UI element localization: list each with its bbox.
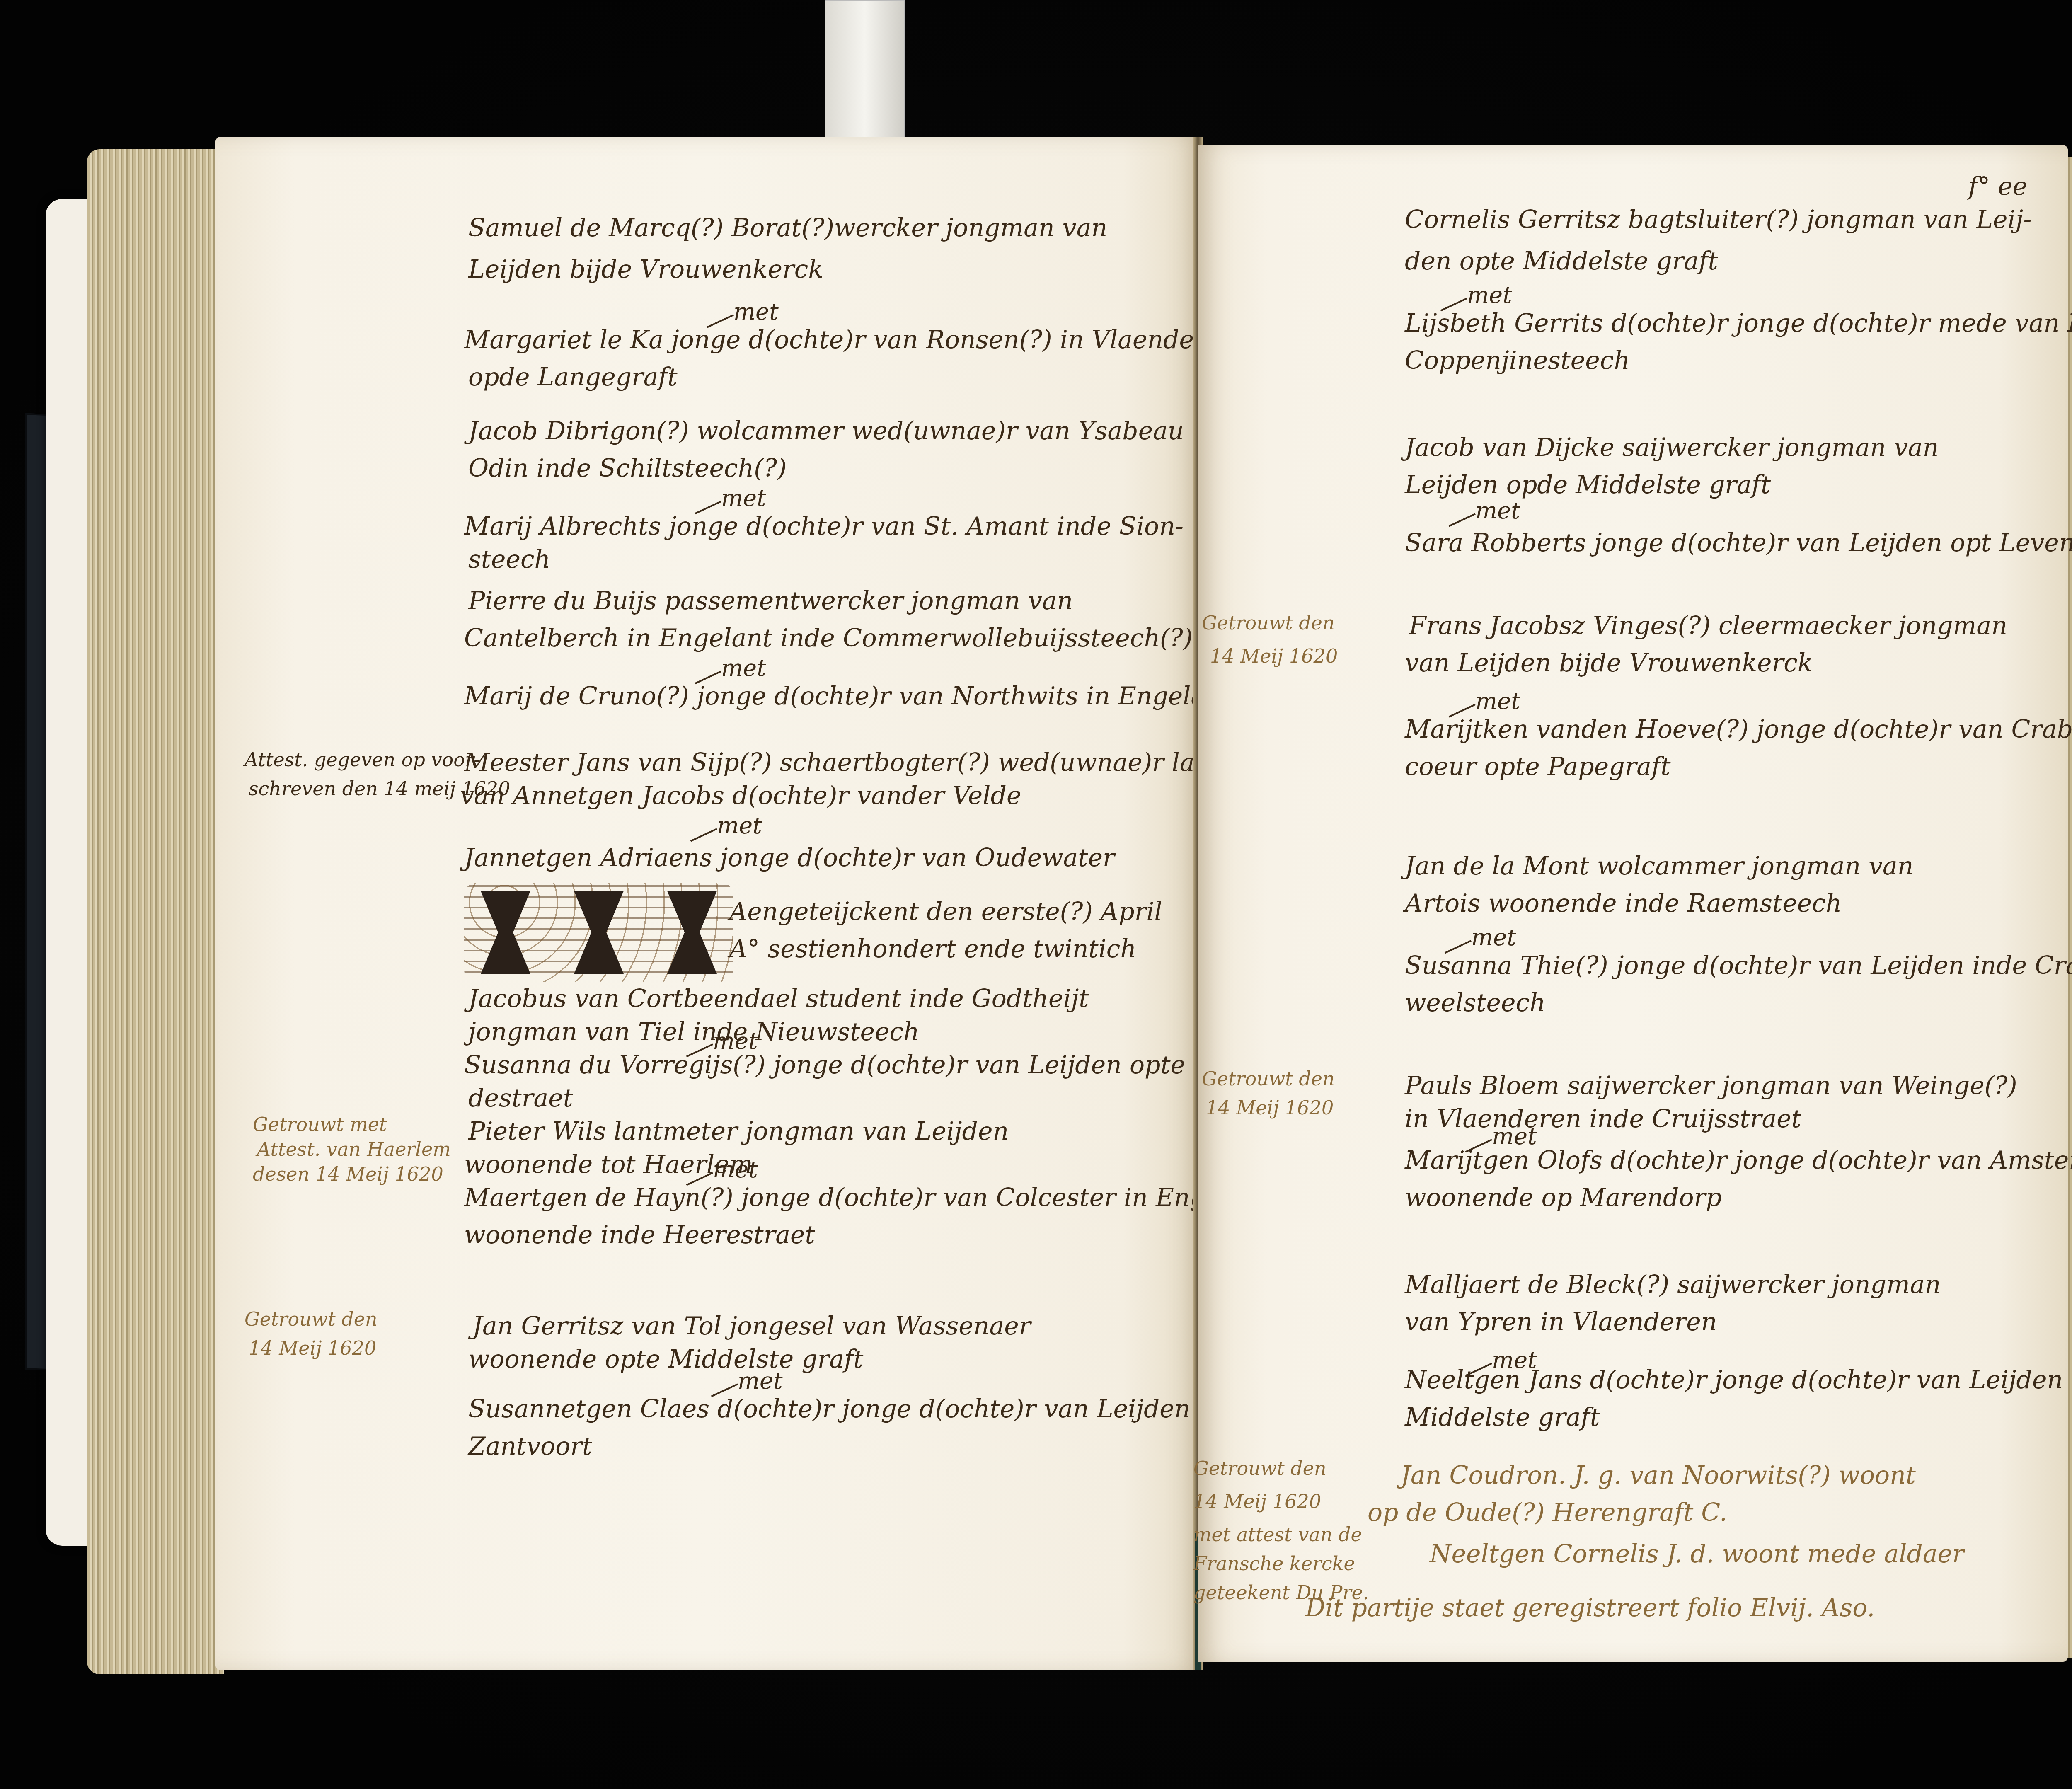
margin-note: Fransche kercke <box>1193 1554 1355 1573</box>
numeral-i <box>667 891 717 974</box>
margin-note: met attest van de <box>1193 1525 1362 1544</box>
date-heading-line: A° sestienhondert ende twintich <box>729 937 1136 961</box>
entry-bride-line: Marij de Cruno(?) jonge d(ochte)r van No… <box>464 684 1232 709</box>
entry-bride-line: Marijtgen Olofs d(ochte)r jonge d(ochte)… <box>1405 1148 2072 1173</box>
met-connector: met <box>738 1368 783 1394</box>
entry-bride-line: Neeltgen Jans d(ochte)r jonge d(ochte)r … <box>1405 1368 2072 1392</box>
met-connector: met <box>721 485 766 512</box>
entry-bride-line: Maertgen de Hayn(?) jonge d(ochte)r van … <box>464 1185 1269 1210</box>
margin-note: 14 Meij 1620 <box>1193 1492 1321 1511</box>
entry-groom-line: Pauls Bloem saijwercker jongman van Wein… <box>1405 1073 2017 1098</box>
margin-note: 14 Meij 1620 <box>1210 646 1338 666</box>
numeral-x <box>481 891 530 974</box>
entry-groom-line: Leijden opde Middelste graft <box>1405 472 1771 497</box>
entry-groom-line: Artois woonende inde Raemsteech <box>1405 891 1842 916</box>
entry-groom-line: Pieter Wils lantmeter jongman van Leijde… <box>468 1119 1009 1144</box>
met-connector: met <box>733 298 779 325</box>
entry-bride-line: Zantvoort <box>468 1434 592 1459</box>
entry-groom-line: in Vlaenderen inde Cruijsstraet <box>1405 1106 1801 1131</box>
entry-groom-line: van Annetgen Jacobs d(ochte)r vander Vel… <box>460 783 1021 808</box>
met-connector: met <box>1471 924 1516 951</box>
entry-bride-line: Marij Albrechts jonge d(ochte)r van St. … <box>464 514 1184 539</box>
entry-bride-line: Middelste graft <box>1405 1405 1600 1430</box>
entry-groom-line: Pierre du Buijs passementwercker jongman… <box>468 588 1073 613</box>
margin-note: 14 Meij 1620 <box>249 1339 376 1358</box>
entry-bride-line: Margariet le Ka jonge d(ochte)r van Rons… <box>464 327 1237 352</box>
met-connector: met <box>1475 688 1520 715</box>
entry-bride-line: opde Langegraft <box>468 365 678 390</box>
met-connector: met <box>713 1156 758 1183</box>
margin-note: Attest. van Haerlem <box>257 1140 451 1159</box>
closing-entry-line: Dit partije staet geregistreert folio El… <box>1305 1595 1875 1620</box>
entry-groom-line: Jan de la Mont wolcammer jongman van <box>1405 854 1914 879</box>
entry-groom-line: Samuel de Marcq(?) Borat(?)wercker jongm… <box>468 215 1107 240</box>
numeral-x <box>574 891 624 974</box>
entry-bride-line: woonende op Marendorp <box>1405 1185 1722 1210</box>
entry-bride-line: Lijsbeth Gerrits d(ochte)r jonge d(ochte… <box>1405 311 2072 336</box>
entry-groom-line: Cornelis Gerritsz bagtsluiter(?) jongman… <box>1405 207 2032 232</box>
entry-groom-line: Meester Jans van Sijp(?) schaertbogter(?… <box>464 750 1242 775</box>
entry-groom-line: Jacob Dibrigon(?) wolcammer wed(uwnae)r … <box>468 419 1184 443</box>
met-connector: met <box>1475 497 1520 524</box>
closing-entry-line: Neeltgen Cornelis J. d. woont mede aldae… <box>1430 1542 1964 1566</box>
date-heading-line: Aengeteijckent den eerste(?) April <box>729 899 1162 924</box>
numeral-bars <box>481 891 717 974</box>
entry-groom-line: den opte Middelste graft <box>1405 249 1718 274</box>
entry-groom-line: Frans Jacobsz Vinges(?) cleermaecker jon… <box>1409 613 2007 638</box>
margin-note: Attest. gegeven op voor- <box>244 750 480 769</box>
entry-groom-line: Jacobus van Cortbeendael student inde Go… <box>468 986 1089 1011</box>
entry-bride-line: steech <box>468 547 550 572</box>
margin-note: Getrouwt den <box>1202 1069 1335 1088</box>
folio-number: f° ee <box>1968 174 2027 199</box>
closing-entry-line: op de Oude(?) Herengraft C. <box>1368 1500 1727 1525</box>
met-connector: met <box>1467 282 1512 309</box>
entry-bride-line: Susannetgen Claes d(ochte)r jonge d(ocht… <box>468 1397 1254 1421</box>
margin-note: Getrouwt met <box>253 1115 387 1134</box>
entry-bride-line: Sara Robberts jonge d(ochte)r van Leijde… <box>1405 530 2072 555</box>
roman-numeral-xxi: XXI <box>464 883 733 982</box>
left-page-edges <box>87 149 224 1674</box>
entry-groom-line: van Leijden bijde Vrouwenkerck <box>1405 651 1813 675</box>
margin-note: 14 Meij 1620 <box>1206 1098 1334 1117</box>
met-connector: met <box>721 655 766 682</box>
entry-groom-line: jongman van Tiel inde Nieuwsteech <box>468 1019 920 1044</box>
entry-groom-line: woonende opte Middelste graft <box>468 1347 863 1372</box>
entry-bride-line: destraet <box>468 1086 573 1111</box>
entry-bride-line: Marijtken vanden Hoeve(?) jonge d(ochte)… <box>1405 717 2072 742</box>
entry-groom-line: Jan Gerritsz van Tol jongesel van Wassen… <box>472 1314 1031 1339</box>
entry-groom-line: Odin inde Schiltsteech(?) <box>468 456 787 481</box>
entry-bride-line: Coppenjinesteech <box>1405 348 1630 373</box>
entry-groom-line: van Ypren in Vlaenderen <box>1405 1310 1717 1334</box>
margin-note: Getrouwt den <box>1193 1459 1326 1478</box>
margin-note: Getrouwt den <box>244 1310 378 1329</box>
entry-bride-line: Susanna Thie(?) jonge d(ochte)r van Leij… <box>1405 953 2072 978</box>
entry-groom-line: Leijden bijde Vrouwenkerck <box>468 257 823 282</box>
entry-bride-line: woonende inde Heerestraet <box>464 1223 815 1247</box>
entry-bride-line: weelsteech <box>1405 990 1546 1015</box>
entry-groom-line: Cantelberch in Engelant inde Commerwolle… <box>464 626 1193 651</box>
entry-bride-line: Jannetgen Adriaens jonge d(ochte)r van O… <box>464 845 1115 870</box>
closing-entry-line: Jan Coudron. J. g. van Noorwits(?) woont <box>1401 1463 1916 1488</box>
entry-bride-line: coeur opte Papegraft <box>1405 754 1670 779</box>
entry-groom-line: Jacob van Dijcke saijwercker jongman van <box>1405 435 1939 460</box>
entry-groom-line: Malljaert de Bleck(?) saijwercker jongma… <box>1405 1272 1941 1297</box>
met-connector: met <box>717 812 762 839</box>
margin-note: Getrouwt den <box>1202 613 1335 632</box>
margin-note: desen 14 Meij 1620 <box>253 1164 443 1184</box>
entry-bride-line: Susanna du Vorregijs(?) jonge d(ochte)r … <box>464 1053 1261 1077</box>
